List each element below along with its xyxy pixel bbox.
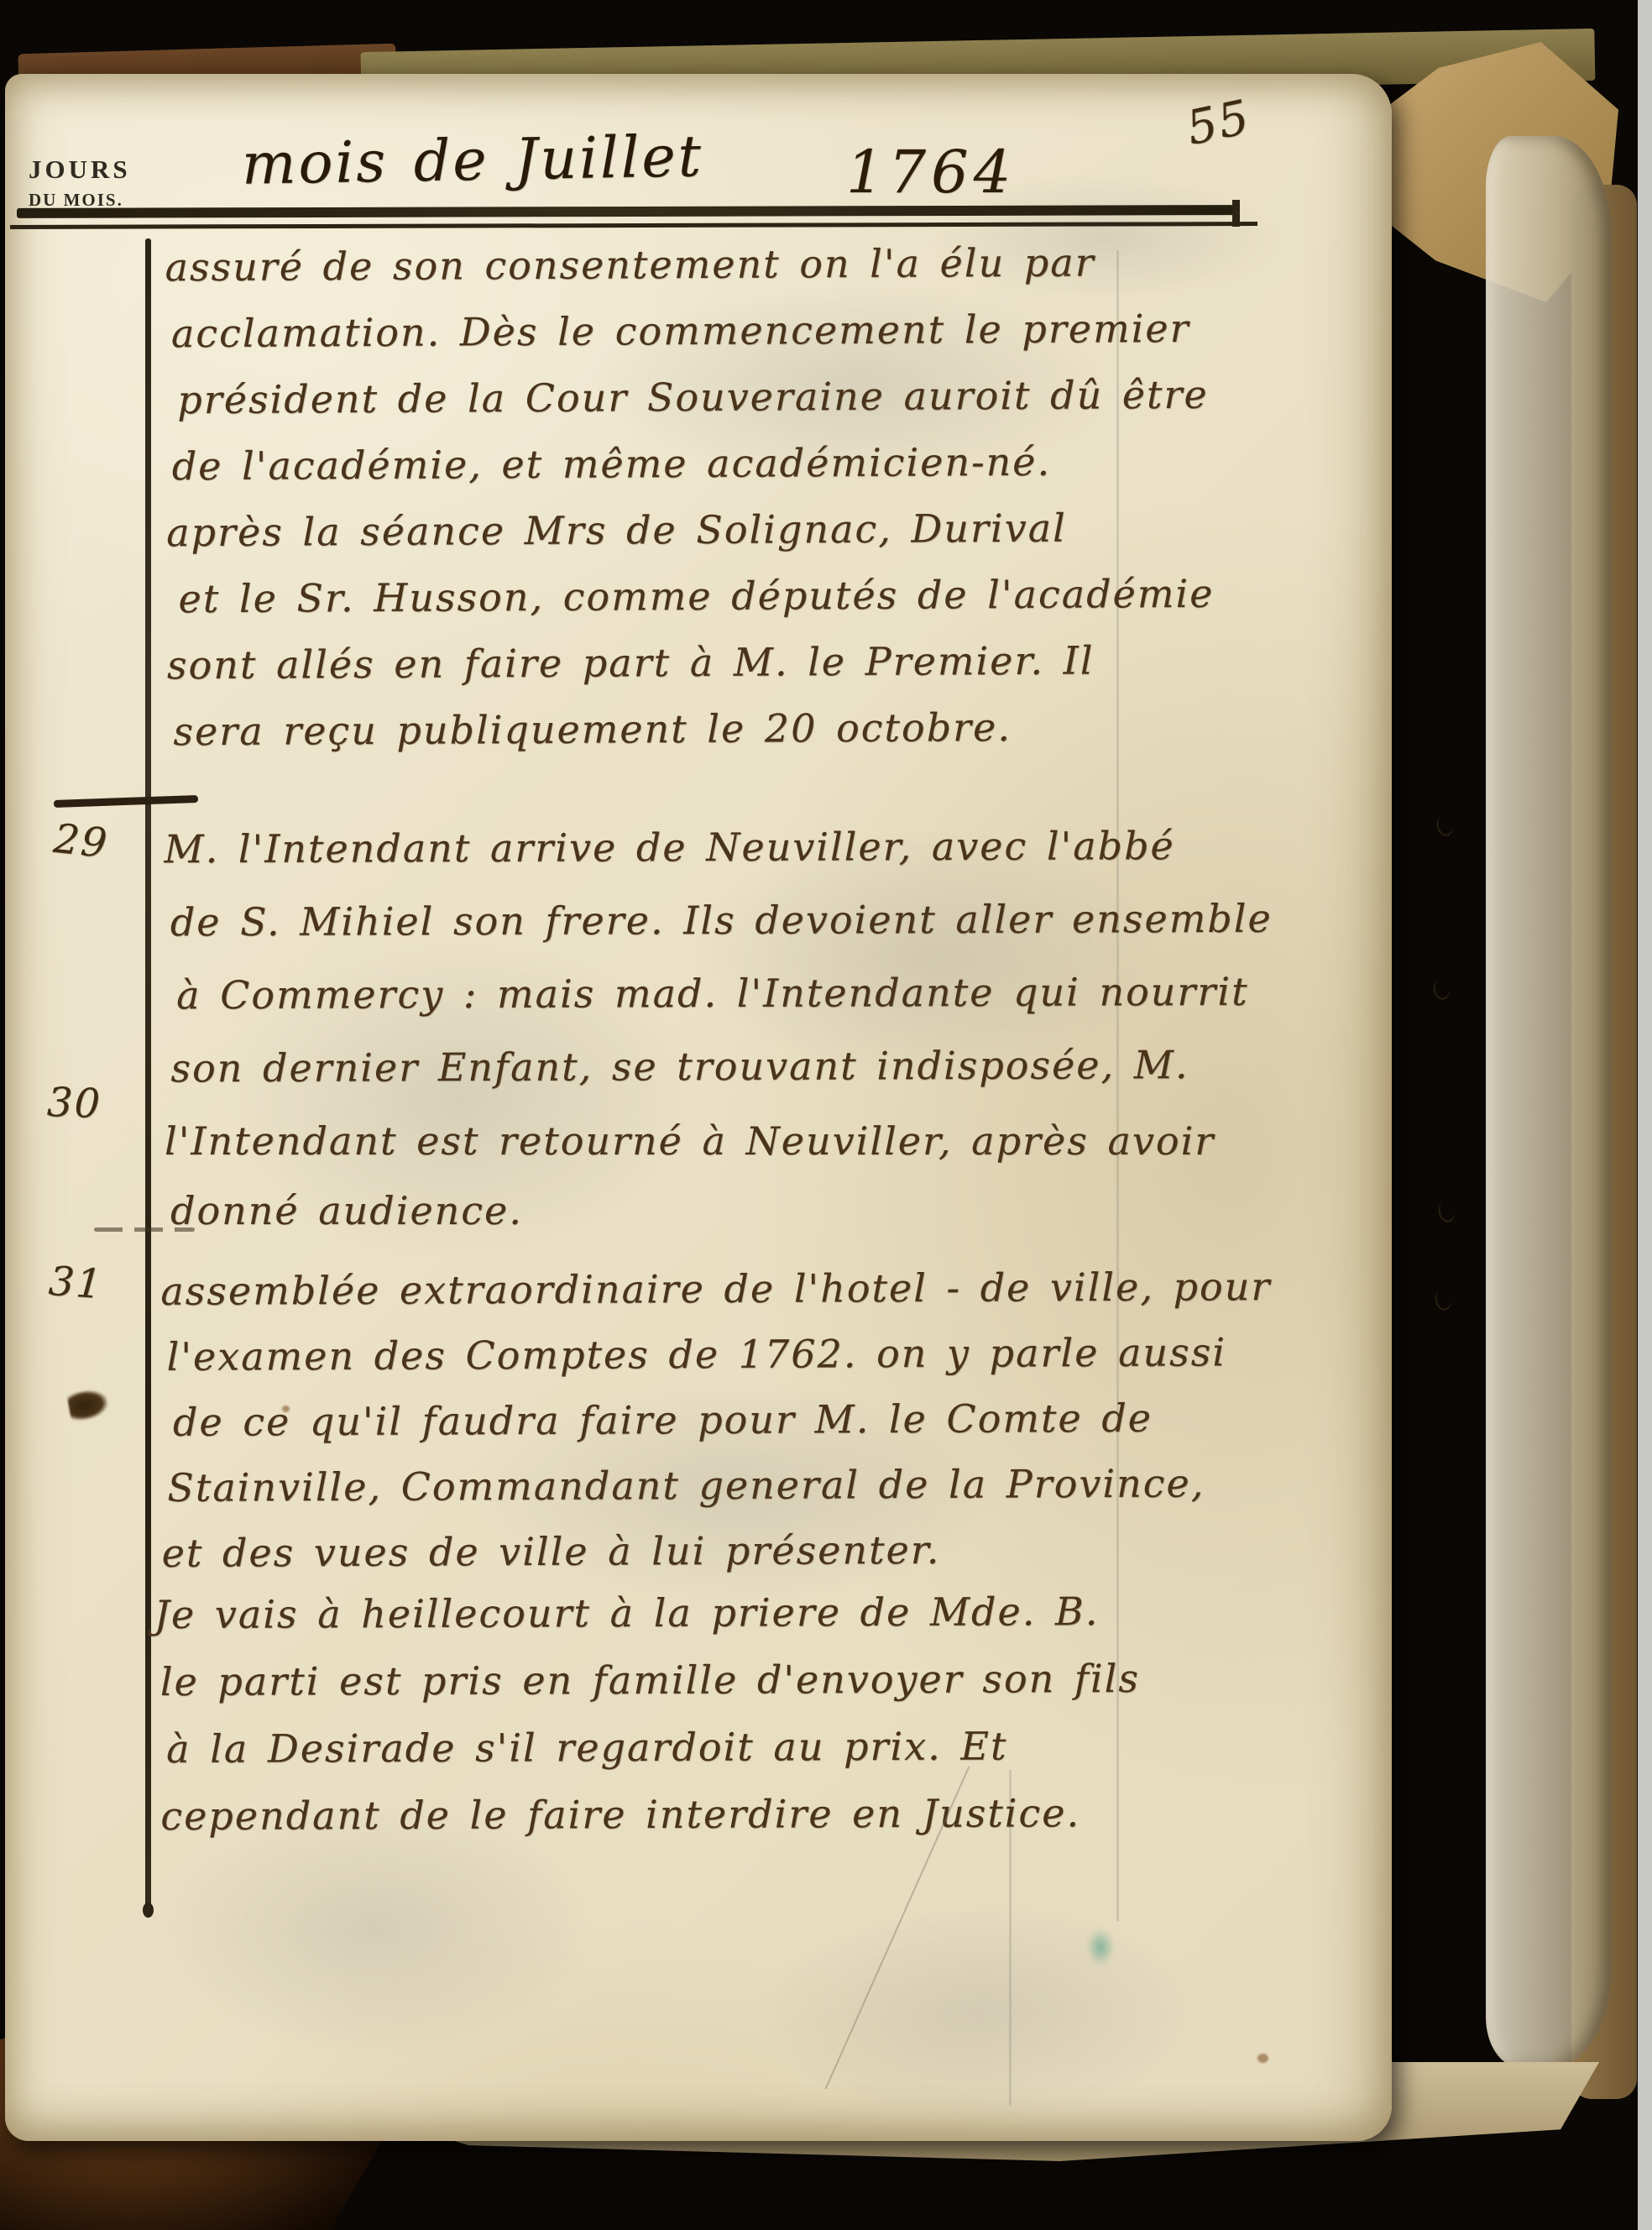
- year: 1764: [846, 138, 1016, 207]
- manuscript-line: Stainville, Commandant general de la Pro…: [167, 1460, 1272, 1531]
- scanner-edge-strip: [1638, 0, 1652, 2230]
- manuscript-line: cependant de le faire interdire en Justi…: [160, 1790, 1140, 1861]
- entry-block-day-29: M. l'Intendant arrive de Neuviller, avec…: [164, 823, 1273, 1119]
- manuscript-line: l'Intendant est retourné à Neuviller, ap…: [165, 1118, 1215, 1188]
- header-rule-cap: [1232, 200, 1240, 227]
- manuscript-line: à la Desirade s'il regardoit au prix. Et: [166, 1723, 1140, 1793]
- teal-stain: [1086, 1928, 1115, 1966]
- entry-block-continuation: assuré de son consentement on l'a élu pa…: [165, 239, 1215, 776]
- manuscript-line: de l'académie, et même académicien-né.: [172, 438, 1214, 510]
- manuscript-line: Je vais à heillecourt à la priere de Mde…: [154, 1589, 1139, 1659]
- ink-blot: [66, 1387, 109, 1421]
- printed-rubric: JOURS DU MOIS.: [29, 154, 131, 210]
- margin-rule: [145, 238, 151, 1911]
- manuscript-line: M. l'Intendant arrive de Neuviller, avec…: [164, 823, 1272, 900]
- manuscript-line: de ce qu'il faudra faire pour M. le Comt…: [173, 1395, 1272, 1465]
- fore-edge-ink-mark: [1433, 1289, 1454, 1312]
- manuscript-line: son dernier Enfant, se trouvant indispos…: [170, 1042, 1273, 1119]
- fore-edge-ink-mark: [1431, 978, 1452, 1002]
- manuscript-line: et le Sr. Husson, comme députés de l'aca…: [178, 571, 1214, 642]
- day-number-29: 29: [51, 815, 111, 867]
- manuscript-line: le parti est pris en famille d'envoyer s…: [160, 1656, 1140, 1726]
- manuscript-line: à Commercy : mais mad. l'Intendante qui …: [176, 969, 1273, 1046]
- ghost-smudge: [761, 1904, 1197, 2123]
- entry-block-day-30: l'Intendant est retourné à Neuviller, ap…: [165, 1118, 1215, 1258]
- rubric-line-2: DU MOIS.: [29, 190, 131, 210]
- manuscript-line: de S. Mihiel son frere. Ils devoient all…: [170, 896, 1273, 973]
- day-number-30: 30: [46, 1079, 102, 1128]
- manuscript-line: l'examen des Comptes de 1762. on y parle…: [166, 1329, 1271, 1400]
- manuscript-line: président de la Cour Souveraine auroit d…: [177, 372, 1213, 443]
- entry-block-day-31-second: Je vais à heillecourt à la priere de Mde…: [154, 1589, 1140, 1861]
- manuscript-line: assemblée extraordinaire de l'hotel - de…: [160, 1264, 1271, 1334]
- manuscript-line: acclamation. Dès le commencement le prem…: [171, 306, 1213, 377]
- month-title: mois de Juillet: [241, 123, 703, 198]
- page-number: 55: [1182, 90, 1255, 156]
- manuscript-line: donné audience.: [170, 1188, 1215, 1258]
- rubric-line-1: JOURS: [29, 154, 131, 185]
- manuscript-line: sont allés en faire part à M. le Premier…: [167, 637, 1215, 709]
- paper-speck: [282, 1406, 290, 1412]
- entry-separator-dash: [54, 795, 198, 808]
- scan-backdrop: JOURS DU MOIS. mois de Juillet 1764 55 2…: [0, 0, 1652, 2230]
- entry-block-day-31: assemblée extraordinaire de l'hotel - de…: [160, 1264, 1273, 1596]
- manuscript-line: et des vues de ville à lui présenter.: [162, 1526, 1273, 1596]
- fore-edge-ink-mark: [1436, 1201, 1457, 1224]
- manuscript-line: assuré de son consentement on l'a élu pa…: [165, 239, 1212, 311]
- manuscript-page: JOURS DU MOIS. mois de Juillet 1764 55 2…: [5, 74, 1392, 2141]
- paper-speck: [1257, 2054, 1268, 2063]
- fore-edge-ink-mark: [1435, 814, 1456, 838]
- day-number-31: 31: [47, 1258, 105, 1308]
- page-stack-outer-bulge: [1486, 136, 1612, 2067]
- manuscript-line: après la séance Mrs de Solignac, Durival: [166, 505, 1214, 577]
- manuscript-line: sera reçu publiquement le 20 octobre.: [173, 704, 1215, 775]
